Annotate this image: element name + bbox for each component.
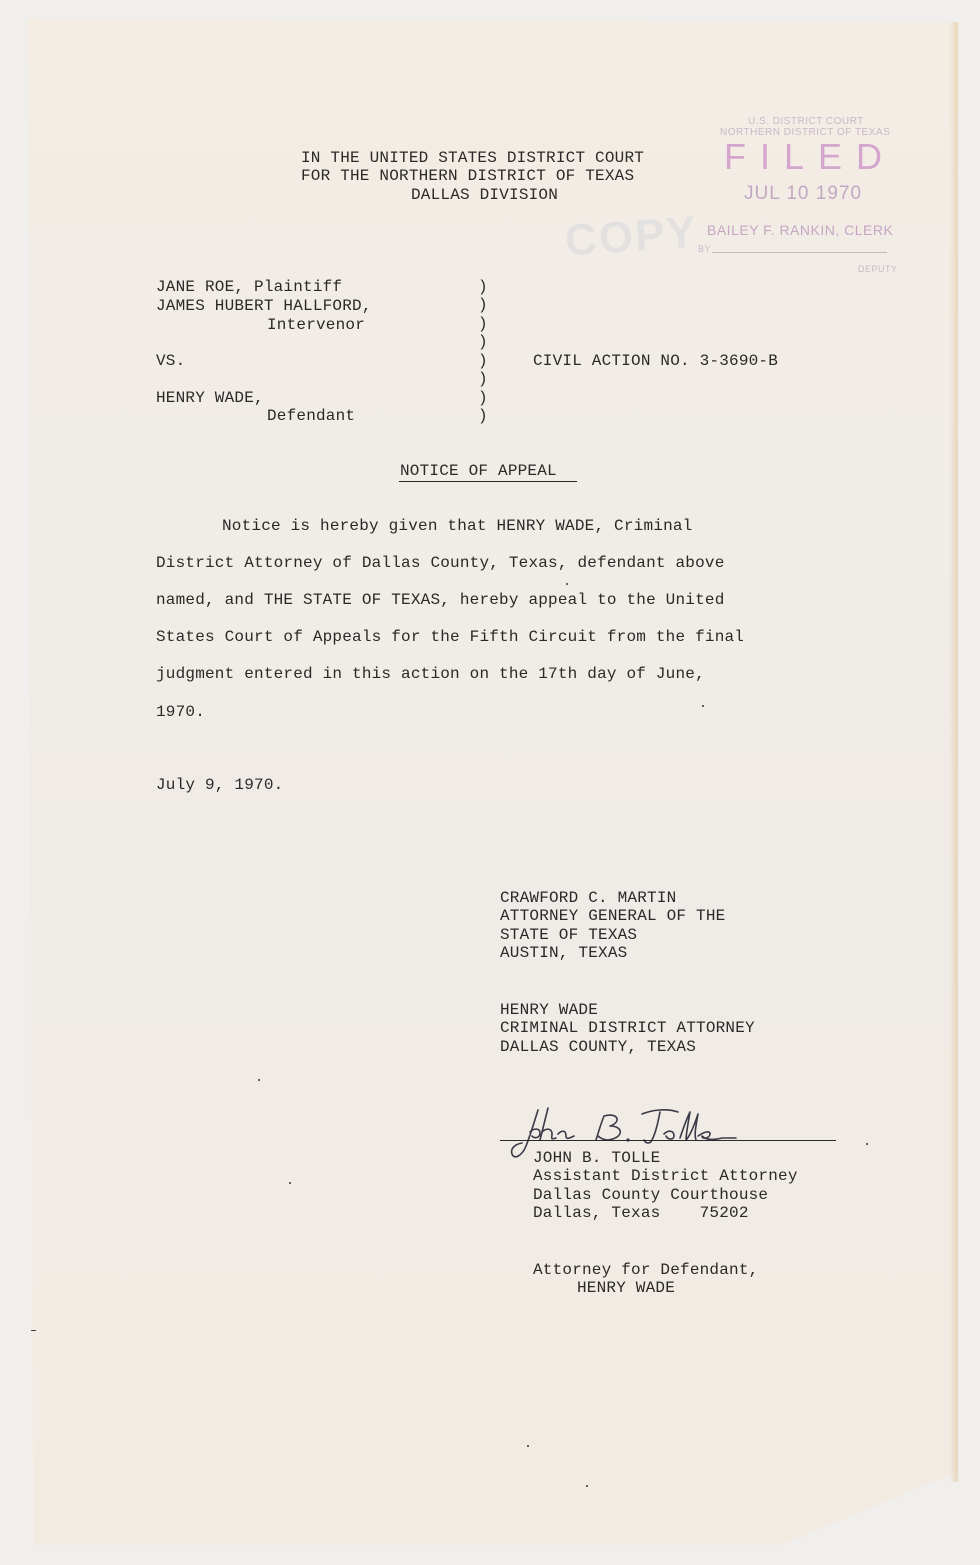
paper-speck [258,1079,260,1081]
signer-title: Assistant District Attorney [533,1167,798,1186]
body-line: named, and THE STATE OF TEXAS, hereby ap… [156,591,725,610]
signer-city: Dallas, Texas 75202 [533,1204,749,1223]
signer-name: JOHN B. TOLLE [533,1149,660,1168]
ag-line: STATE OF TEXAS [500,926,637,945]
paper-speck [866,1143,868,1145]
document-title: NOTICE OF APPEAL [400,462,557,481]
paper-speck [31,1330,36,1331]
bracket-glyph: ) [478,296,488,315]
title-underline [399,481,577,482]
stamp-deputy-label: DEPUTY [858,264,898,274]
versus-label: VS. [156,352,185,371]
paper-edge-stain [949,22,958,1482]
date-line: July 9, 1970. [156,776,283,795]
stamp-by-line [712,252,887,253]
paper-speck [527,1445,529,1447]
bracket-glyph: ) [478,407,488,426]
bracket-glyph: ) [478,370,488,389]
intervenor-role: Intervenor [267,316,365,335]
body-line: States Court of Appeals for the Fifth Ci… [156,628,744,647]
attorney-for-label: Attorney for Defendant, [533,1261,758,1280]
stamp-clerk: BAILEY F. RANKIN, CLERK [707,222,893,238]
ag-line: CRAWFORD C. MARTIN [500,889,676,908]
signer-address: Dallas County Courthouse [533,1186,768,1205]
bracket-glyph: ) [478,278,488,297]
bracket-glyph: ) [478,352,488,371]
body-line: judgment entered in this action on the 1… [156,665,705,684]
stamp-date: JUL 10 1970 [744,183,862,205]
defendant-role: Defendant [267,407,355,426]
da-line: CRIMINAL DISTRICT ATTORNEY [500,1019,755,1038]
caption-line-3: DALLAS DIVISION [411,186,558,205]
paper-speck [586,1485,588,1487]
copy-watermark: COPY [563,207,699,266]
defendant-name: HENRY WADE, [156,389,264,408]
body-line: 1970. [156,703,205,722]
stamp-filed: FILED [724,136,896,178]
da-line: HENRY WADE [500,1001,598,1020]
bracket-glyph: ) [478,389,488,408]
signature-line [500,1140,836,1141]
intervenor-name: JAMES HUBERT HALLFORD, [156,297,372,316]
body-line: Notice is hereby given that HENRY WADE, … [222,517,692,536]
caption-line-1: IN THE UNITED STATES DISTRICT COURT [301,149,644,168]
ag-line: AUSTIN, TEXAS [500,944,627,963]
paper-speck [702,705,704,707]
body-line: District Attorney of Dallas County, Texa… [156,554,725,573]
da-line: DALLAS COUNTY, TEXAS [500,1038,696,1057]
ag-line: ATTORNEY GENERAL OF THE [500,907,725,926]
stamp-court-line-1: U.S. DISTRICT COURT [748,116,864,127]
plaintiff-line: JANE ROE, Plaintiff [156,278,342,297]
paper-speck [289,1182,291,1184]
attorney-for-client: HENRY WADE [577,1279,675,1298]
paper-speck [566,583,568,585]
bracket-glyph: ) [478,315,488,334]
caption-line-2: FOR THE NORTHERN DISTRICT OF TEXAS [301,167,634,186]
stamp-by-label: BY [698,244,711,254]
bracket-glyph: ) [478,333,488,352]
civil-action-number: CIVIL ACTION NO. 3-3690-B [533,352,778,371]
